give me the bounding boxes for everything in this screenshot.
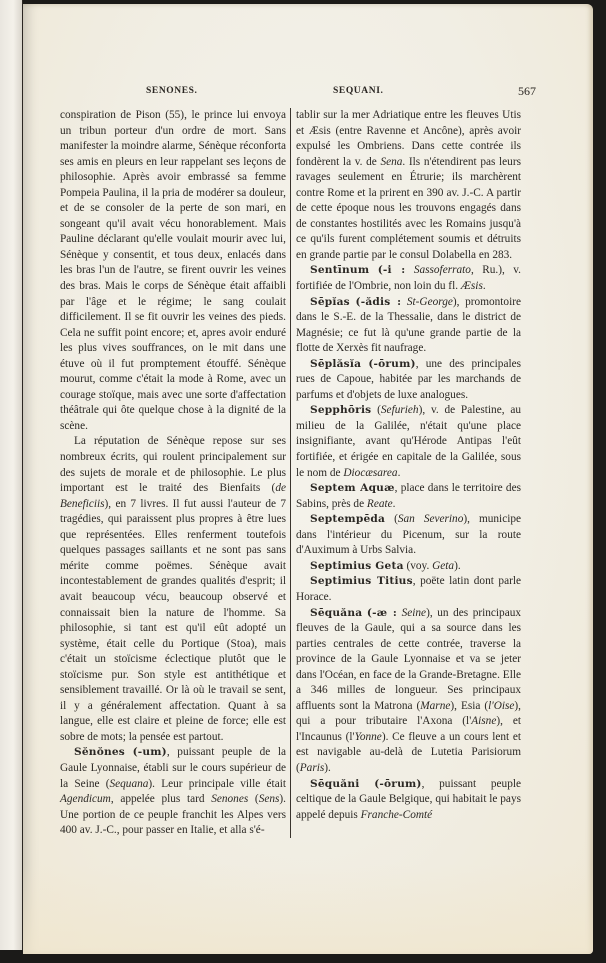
entry-septimius-geta: Septimius Geta (voy. Geta).: [296, 559, 521, 575]
headword: Sĕnŏnes: [74, 746, 125, 758]
right-column: tablir sur la mer Adriatique entre les f…: [296, 108, 521, 823]
entry-septimius-titius: Septimius Titius, poëte latin dont parle…: [296, 574, 521, 605]
headword: Septimius Geta: [310, 560, 404, 572]
headword: Septimius Titius: [310, 575, 413, 587]
entry-sentinum: Sentīnum (-i : Sassoferrato, Ru.), v. fo…: [296, 263, 521, 294]
entry-septem-aquae: Septem Aquæ, place dans le territoire de…: [296, 481, 521, 512]
entry-senones: Sĕnŏnes (-um), puissant peuple de la Gau…: [60, 745, 286, 838]
book-page: SENONES. SEQUANI. 567 conspiration de Pi…: [23, 4, 593, 954]
headword: Sēpĭas: [310, 296, 350, 308]
seneca-reputation-paragraph: La réputation de Sénèque repose sur ses …: [60, 434, 286, 745]
entry-sepphoris: Sepphōris (Sefurieh), v. de Palestine, a…: [296, 403, 521, 481]
entry-seplasia: Sēplăsĭa (-ōrum), une des principales ru…: [296, 357, 521, 404]
page-number: 567: [518, 84, 536, 99]
seneca-continuation: conspiration de Pison (55), le prince lu…: [60, 108, 286, 434]
column-rule: [290, 108, 291, 838]
headword: Sentīnum: [310, 264, 369, 276]
senones-continuation: tablir sur la mer Adriatique entre les f…: [296, 108, 521, 263]
running-head-right: SEQUANI.: [333, 86, 383, 96]
entry-sequani: Sēquăni (-ōrum), puissant peuple celtiqu…: [296, 777, 521, 824]
entry-sepias: Sēpĭas (-ădis : St-George), promontoire …: [296, 295, 521, 357]
headword: Septem Aquæ: [310, 482, 395, 494]
headword: Septempēda: [310, 513, 385, 525]
left-column: conspiration de Pison (55), le prince lu…: [60, 108, 286, 839]
headword: Sēquăna: [310, 607, 362, 619]
headword: Sēplăsĭa: [310, 358, 361, 370]
headword: Sepphōris: [310, 404, 371, 416]
entry-sequana: Sēquăna (-æ : Seine), un des principaux …: [296, 606, 521, 777]
entry-septempeda: Septempēda (San Severino), municipe dans…: [296, 512, 521, 559]
headword: Sēquăni: [310, 778, 360, 790]
running-header: SENONES. SEQUANI. 567: [23, 84, 593, 100]
previous-page-edge: [0, 0, 23, 950]
running-head-left: SENONES.: [146, 86, 198, 96]
